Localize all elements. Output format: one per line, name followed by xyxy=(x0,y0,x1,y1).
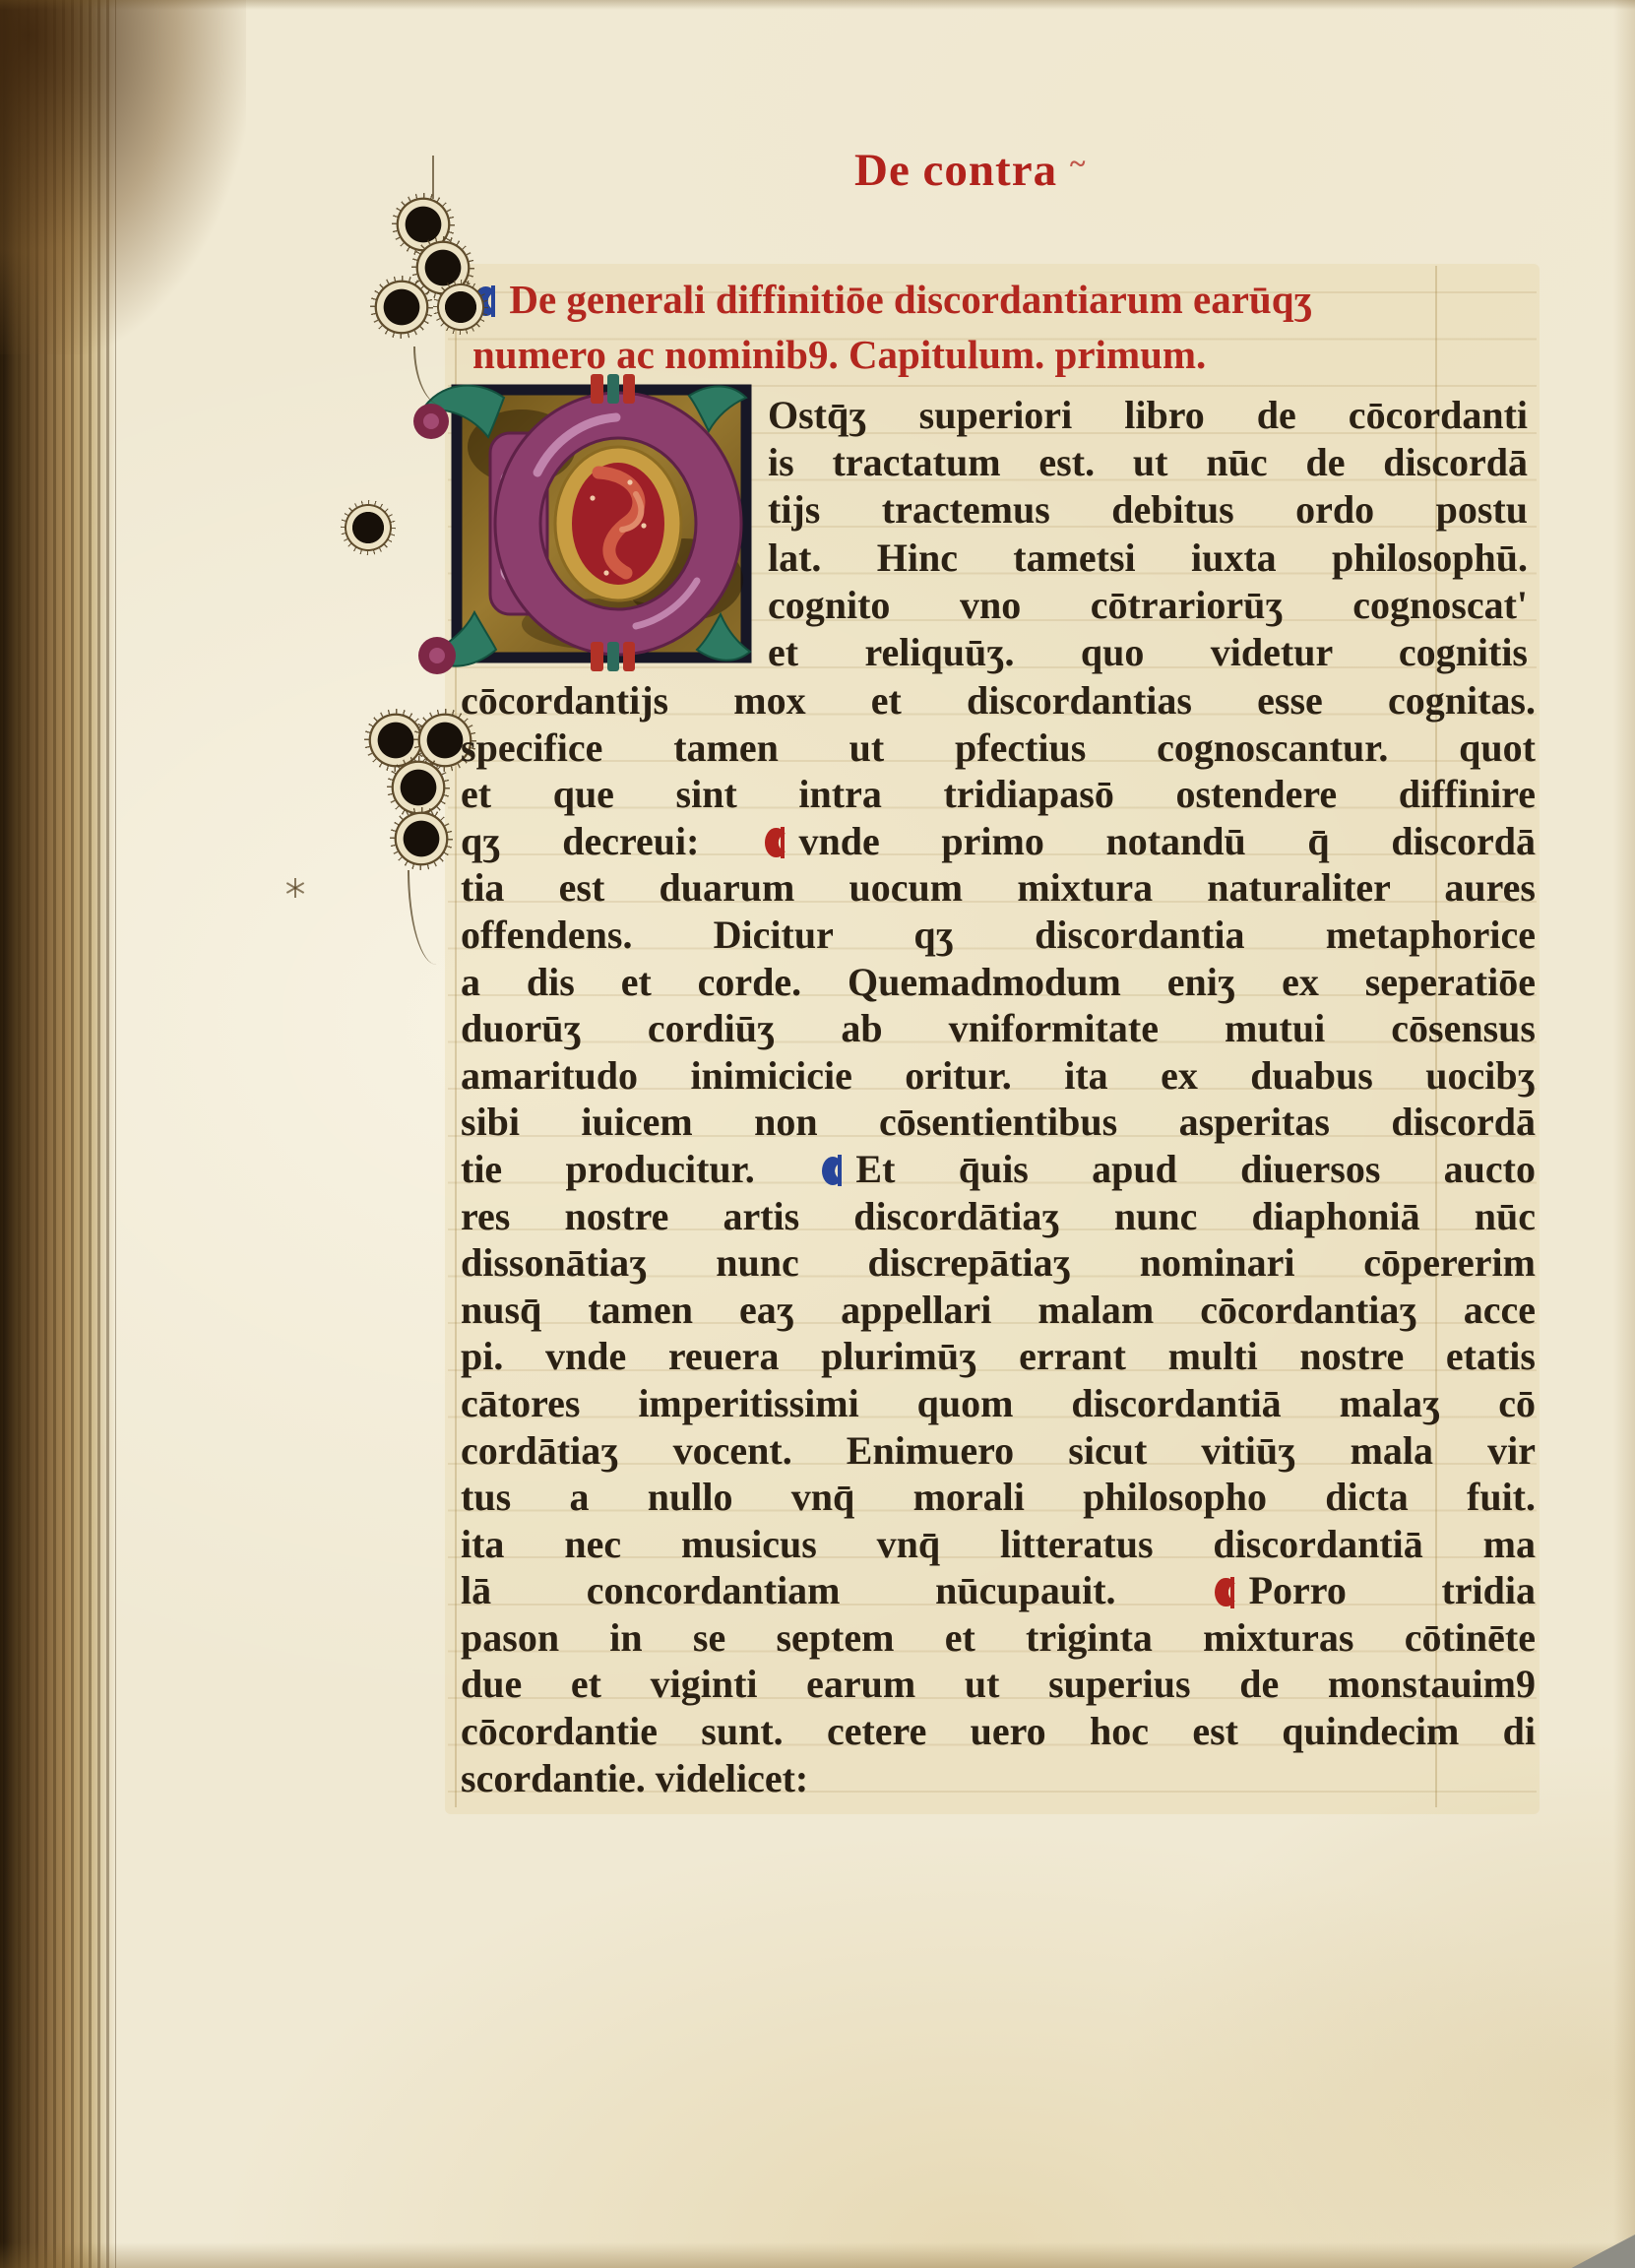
gold-ball-flourish xyxy=(370,276,433,339)
gold-ball-flourish xyxy=(390,807,453,870)
text-line: qʒ decreui: vnde primo notandū q̄ discor… xyxy=(461,818,1536,865)
text-run: cātores imperitissimi quom discordantiā … xyxy=(461,1381,1536,1425)
pen-flourish-stem xyxy=(432,156,434,199)
paraph-mark-icon xyxy=(1215,1578,1236,1607)
text-run: pason in se septem et triginta mixturas … xyxy=(461,1615,1536,1660)
text-run: vnde primo notandū q̄ discordā xyxy=(799,819,1537,863)
text-line: ita nec musicus vnq̄ litteratus discorda… xyxy=(461,1521,1536,1568)
text-run: specifice tamen ut pfectius cognoscantur… xyxy=(461,725,1536,770)
text-line: duorūʒ cordiūʒ ab vniformitate mutui cōs… xyxy=(461,1005,1536,1052)
manuscript-page-photo: De contra ~ De generali diffinitiōe disc… xyxy=(0,0,1635,2268)
text-line: specifice tamen ut pfectius cognoscantur… xyxy=(461,724,1536,772)
text-line: sibi iuicem non cōsentientibus asperitas… xyxy=(461,1099,1536,1146)
page-top-shadow xyxy=(0,0,1635,10)
text-run: a dis et corde. Quemadmodum eniʒ ex sepe… xyxy=(461,960,1536,1004)
text-line: lat. Hinc tametsi iuxta philosophū. xyxy=(768,535,1528,582)
text-run: amaritudo inimicicie oritur. ita ex duab… xyxy=(461,1053,1536,1098)
text-line: cognito vno cōtrariorūʒ cognoscat' xyxy=(768,582,1528,629)
text-line: Ostq̄ʒ superiori libro de cōcordanti xyxy=(768,392,1528,439)
text-line: tijs tractemus debitus ordo postu xyxy=(768,486,1528,534)
text-line: offendens. Dicitur qʒ discordantia metap… xyxy=(461,912,1536,959)
text-line: amaritudo inimicicie oritur. ita ex duab… xyxy=(461,1052,1536,1100)
text-run: is tractatum est. ut nūc de discordā xyxy=(768,440,1528,484)
text-run: lat. Hinc tametsi iuxta philosophū. xyxy=(768,535,1528,580)
text-run: cōcordantie sunt. cetere uero hoc est qu… xyxy=(461,1709,1536,1753)
text-line: res nostre artis discordātiaʒ nunc diaph… xyxy=(461,1193,1536,1240)
text-line: dissonātiaʒ nunc discrepātiaʒ nominari c… xyxy=(461,1239,1536,1287)
text-line: due et viginti earum ut superius de mons… xyxy=(461,1661,1536,1708)
text-run: Ostq̄ʒ superiori libro de cōcordanti xyxy=(768,393,1528,437)
body-text: cōcordantijs mox et discordantias esse c… xyxy=(461,677,1536,1801)
text-line: cātores imperitissimi quom discordantiā … xyxy=(461,1380,1536,1427)
text-run: due et viginti earum ut superius de mons… xyxy=(461,1662,1536,1706)
text-run: cordātiaʒ vocent. Enimuero sicut vitiūʒ … xyxy=(461,1428,1536,1473)
text-run: offendens. Dicitur qʒ discordantia metap… xyxy=(461,913,1536,957)
text-run: Et q̄uis apud diuersos aucto xyxy=(855,1147,1536,1191)
text-line: et que sint intra tridiapasō ostendere d… xyxy=(461,771,1536,818)
rubric-line-2: numero ac nominib9. Capitulum. primum. xyxy=(471,327,1524,382)
text-run: pi. vnde reuera plurimūʒ errant multi no… xyxy=(461,1334,1536,1378)
text-line: cordātiaʒ vocent. Enimuero sicut vitiūʒ … xyxy=(461,1427,1536,1475)
text-run: cognito vno cōtrariorūʒ cognoscat' xyxy=(768,583,1528,627)
pen-flourish-tail xyxy=(408,870,449,965)
text-run: duorūʒ cordiūʒ ab vniformitate mutui cōs… xyxy=(461,1006,1536,1050)
pen-flourish-tail xyxy=(413,346,455,406)
gold-ball-flourish xyxy=(341,500,396,555)
text-run: ita nec musicus vnq̄ litteratus discorda… xyxy=(461,1522,1536,1566)
page-bottom-shadow xyxy=(0,2242,1635,2268)
text-run: scordantie. videlicet: xyxy=(461,1756,808,1800)
text-run: nusq̄ tamen eaʒ appellari malam cōcordan… xyxy=(461,1288,1536,1332)
text-line: pason in se septem et triginta mixturas … xyxy=(461,1614,1536,1662)
text-run: tus a nullo vnq̄ morali philosopho dicta… xyxy=(461,1475,1536,1519)
text-run: sibi iuicem non cōsentientibus asperitas… xyxy=(461,1100,1536,1144)
text-run: dissonātiaʒ nunc discrepātiaʒ nominari c… xyxy=(461,1240,1536,1285)
text-run: Porro tridia xyxy=(1249,1568,1536,1612)
body-text-beside-initial: Ostq̄ʒ superiori libro de cōcordantiis t… xyxy=(768,392,1528,676)
text-line: et reliquūʒ. quo videtur cognitis xyxy=(768,629,1528,676)
gutter-stain xyxy=(0,0,246,354)
page-right-shadow xyxy=(1613,0,1635,2268)
text-line: cōcordantie sunt. cetere uero hoc est qu… xyxy=(461,1708,1536,1755)
illuminated-initial-p xyxy=(443,378,760,669)
text-line: pi. vnde reuera plurimūʒ errant multi no… xyxy=(461,1333,1536,1380)
paraph-mark-icon xyxy=(822,1157,844,1186)
text-line: nusq̄ tamen eaʒ appellari malam cōcordan… xyxy=(461,1287,1536,1334)
text-line: tie producitur. Et q̄uis apud diuersos a… xyxy=(461,1146,1536,1193)
text-run: et que sint intra tridiapasō ostendere d… xyxy=(461,772,1536,816)
text-line: a dis et corde. Quemadmodum eniʒ ex sepe… xyxy=(461,959,1536,1006)
text-line: lā concordantiam nūcupauit. Porro tridia xyxy=(461,1567,1536,1614)
text-line: tus a nullo vnq̄ morali philosopho dicta… xyxy=(461,1474,1536,1521)
text-run: et reliquūʒ. quo videtur cognitis xyxy=(768,630,1528,674)
text-line: scordantie. videlicet: xyxy=(461,1755,1536,1802)
text-run: tia est duarum uocum mixtura naturaliter… xyxy=(461,865,1536,910)
text-line: cōcordantijs mox et discordantias esse c… xyxy=(461,677,1536,724)
rubric-line-1: De generali diffinitiōe discordantiarum … xyxy=(471,272,1524,327)
text-run: res nostre artis discordātiaʒ nunc diaph… xyxy=(461,1194,1536,1238)
running-head: De contra ~ xyxy=(854,144,1086,197)
text-run: qʒ decreui: xyxy=(461,819,699,863)
pen-star-flourish xyxy=(285,878,305,898)
paraph-mark-icon xyxy=(765,828,786,857)
text-run: lā concordantiam nūcupauit. xyxy=(461,1568,1116,1612)
text-line: tia est duarum uocum mixtura naturaliter… xyxy=(461,864,1536,912)
text-line: is tractatum est. ut nūc de discordā xyxy=(768,439,1528,486)
gold-ball-flourish xyxy=(433,280,488,335)
line-filler-flourish: ~ xyxy=(1070,148,1087,180)
text-run: cōcordantijs mox et discordantias esse c… xyxy=(461,678,1536,723)
text-run: tie producitur. xyxy=(461,1147,755,1191)
text-run: tijs tractemus debitus ordo postu xyxy=(768,487,1528,532)
chapter-rubric: De generali diffinitiōe discordantiarum … xyxy=(471,272,1524,382)
